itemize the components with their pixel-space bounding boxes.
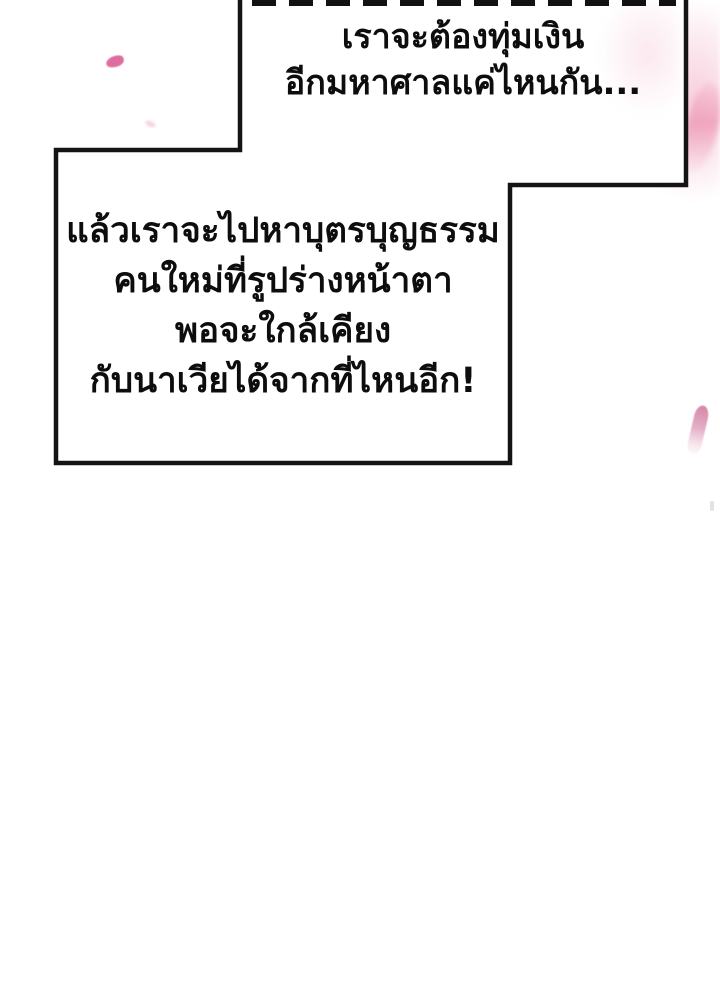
bubble-line: อีกมหาศาลแค่ไหนกัน...	[240, 60, 686, 106]
comic-page: ญ เราจะต้องทุ่มเงิน อีกมหาศาลแค่ไหนกัน..…	[0, 0, 720, 988]
bubble-line: เราจะต้องทุ่มเงิน	[240, 14, 686, 60]
clipped-text-fragments	[252, 0, 676, 6]
bubble-line: คนใหม่ที่รูปร่างหน้าตา	[56, 256, 510, 306]
bubble-line: แล้วเราจะไปหาบุตรบุญธรรม	[56, 206, 510, 256]
bubble-line: กับนาเวียได้จากที่ไหนอีก!	[56, 356, 510, 406]
thai-descender-fragment: ญ	[356, 0, 390, 14]
bottom-bubble-text: แล้วเราจะไปหาบุตรบุญธรรม คนใหม่ที่รูปร่า…	[56, 206, 510, 406]
top-bubble-text: เราจะต้องทุ่มเงิน อีกมหาศาลแค่ไหนกัน...	[240, 14, 686, 106]
bubble-line: พอจะใกล้เคียง	[56, 306, 510, 356]
